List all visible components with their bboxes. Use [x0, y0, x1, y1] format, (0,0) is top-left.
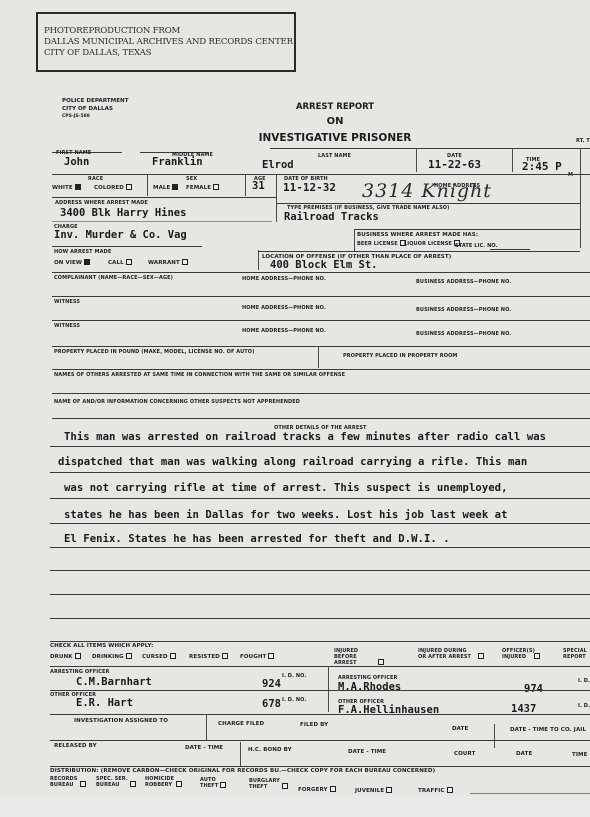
sex-label: SEX: [186, 176, 197, 182]
filed-date-label: DATE: [452, 726, 468, 732]
dist-traffic-checkbox[interactable]: [447, 787, 453, 793]
fought-option[interactable]: FOUGHT: [240, 653, 274, 660]
officers-injured-option[interactable]: OFFICER(S) INJURED: [502, 648, 540, 660]
thumb-label: RT. THUMB: [576, 138, 590, 144]
property-pound-label: PROPERTY PLACED IN POUND (MAKE, MODEL, L…: [54, 349, 255, 355]
dist-auto-theft-checkbox[interactable]: [220, 782, 226, 788]
arrest-address-label: ADDRESS WHERE ARREST MADE: [55, 200, 148, 206]
other-officer-1-id: 678: [262, 698, 281, 710]
location-value: 400 Block Elm St.: [270, 259, 377, 271]
dist-forgery-checkbox[interactable]: [330, 786, 336, 792]
race-label: RACE: [88, 176, 103, 182]
department-header: POLICE DEPARTMENT CITY OF DALLAS CPS-JS-…: [62, 98, 129, 121]
arresting-officer-2-id-label: I. D.: [578, 678, 590, 684]
narrative-line-3: was not carrying rifle at time of arrest…: [64, 482, 508, 494]
on-view-checkbox[interactable]: [84, 259, 90, 265]
beer-license-option[interactable]: BEER LICENSE: [357, 240, 406, 247]
complainant-home-label: HOME ADDRESS—PHONE NO.: [242, 276, 326, 282]
last-name-label: LAST NAME: [318, 153, 351, 159]
race-colored-option[interactable]: COLORED: [94, 184, 132, 191]
report-title: ARREST REPORT: [260, 102, 410, 112]
complainant-label: COMPLAINANT (NAME—RACE—SEX—AGE): [54, 275, 173, 281]
sex-male-checkbox[interactable]: [172, 184, 178, 190]
witness-1-home-label: HOME ADDRESS—PHONE NO.: [242, 305, 326, 311]
narrative-line-1: This man was arrested on railroad tracks…: [64, 431, 546, 443]
dist-records-option[interactable]: RECORDSBUREAU: [50, 776, 86, 788]
charge-filed-label: CHARGE FILED: [218, 721, 264, 727]
investigation-assigned-label: INVESTIGATION ASSIGNED TO: [74, 718, 168, 724]
check-items-label: CHECK ALL ITEMS WHICH APPLY:: [50, 643, 153, 649]
court-label: COURT: [454, 751, 475, 757]
narrative-line-5: El Fenix. States he has been arrested fo…: [64, 533, 450, 545]
last-name-value: Elrod: [262, 159, 294, 171]
drinking-checkbox[interactable]: [126, 653, 132, 659]
warrant-option[interactable]: WARRANT: [148, 259, 188, 266]
dob-value: 11-12-32: [283, 181, 336, 194]
bond-date-time-label: DATE - TIME: [348, 749, 386, 755]
dist-traffic-option[interactable]: TRAFFIC: [418, 787, 453, 794]
dist-records-text: RECORDSBUREAU: [50, 776, 78, 788]
stamp-line-1: PHOTOREPRODUCTION FROM: [44, 26, 294, 37]
report-title-on: ON: [260, 116, 410, 127]
resisted-checkbox[interactable]: [222, 653, 228, 659]
archive-stamp: PHOTOREPRODUCTION FROM DALLAS MUNICIPAL …: [36, 12, 296, 72]
call-checkbox[interactable]: [126, 259, 132, 265]
others-arrested-label: NAMES OF OTHERS ARRESTED AT SAME TIME IN…: [54, 372, 345, 378]
released-by-label: RELEASED BY: [54, 743, 97, 749]
dist-forgery-option[interactable]: FORGERY: [298, 786, 336, 793]
property-room-label: PROPERTY PLACED IN PROPERTY ROOM: [343, 353, 458, 359]
dist-records-checkbox[interactable]: [80, 781, 86, 787]
arresting-officer-1-name: C.M.Barnhart: [76, 676, 152, 688]
court-time-label: TIME: [572, 752, 587, 758]
drunk-checkbox[interactable]: [75, 653, 81, 659]
dist-burglary-option[interactable]: BURGLARYTHEFT: [249, 778, 288, 790]
other-suspects-label: NAME OF AND/OR INFORMATION CONCERNING OT…: [54, 399, 300, 405]
other-officer-1-id-label: I. D. NO.: [282, 697, 306, 703]
drinking-option[interactable]: DRINKING: [92, 653, 132, 660]
complainant-business-label: BUSINESS ADDRESS—PHONE NO.: [416, 279, 511, 285]
cursed-checkbox[interactable]: [170, 653, 176, 659]
stamp-line-3: CITY OF DALLAS, TEXAS: [44, 48, 294, 59]
arrest-time-value: 2:45 P: [522, 160, 562, 173]
dist-juvenile-option[interactable]: JUVENILE: [355, 787, 392, 794]
special-report-label: SPECIAL REPORT: [563, 648, 589, 660]
dist-burglary-checkbox[interactable]: [282, 783, 288, 789]
drunk-option[interactable]: DRUNK: [50, 653, 81, 660]
injured-before-checkbox[interactable]: [378, 659, 384, 665]
bond-by-label: H.C. BOND BY: [248, 747, 292, 753]
injured-before-option[interactable]: INJURED BEFORE ARREST: [334, 648, 384, 666]
sex-male-option[interactable]: MALE: [153, 184, 178, 191]
arrest-address-value: 3400 Blk Harry Hines: [60, 207, 186, 219]
dist-homicide-checkbox[interactable]: [176, 781, 182, 787]
arrest-date-value: 11-22-63: [428, 158, 481, 171]
dept-city: CITY OF DALLAS: [62, 106, 129, 114]
witness-2-home-label: HOME ADDRESS—PHONE NO.: [242, 328, 326, 334]
dist-spec-ser-checkbox[interactable]: [130, 781, 136, 787]
how-arrest-label: HOW ARREST MADE: [54, 249, 111, 255]
age-value: 31: [252, 180, 265, 192]
arresting-officer-1-id-label: I. D. NO.: [282, 673, 306, 679]
race-white-option[interactable]: WHITE: [52, 184, 81, 191]
released-date-time-label: DATE - TIME: [185, 745, 223, 751]
page-bottom-margin: [0, 796, 590, 817]
court-date-label: DATE: [516, 751, 532, 757]
first-name-value: John: [64, 156, 89, 168]
dept-name: POLICE DEPARTMENT: [62, 98, 129, 106]
sex-female-checkbox[interactable]: [213, 184, 219, 190]
arresting-officer-1-id: 924: [262, 678, 281, 690]
dist-juvenile-checkbox[interactable]: [386, 787, 392, 793]
arresting-officer-1-label: ARRESTING OFFICER: [50, 669, 109, 675]
charge-value: Inv. Murder & Co. Vag: [54, 229, 187, 241]
business-label: BUSINESS WHERE ARREST MADE HAS:: [357, 232, 478, 238]
injured-during-option[interactable]: INJURED DURING OR AFTER ARREST: [418, 648, 484, 660]
home-address-value: 3314 Knight: [362, 180, 492, 202]
officers-injured-checkbox[interactable]: [534, 653, 540, 659]
warrant-checkbox[interactable]: [182, 259, 188, 265]
arresting-officer-2-id: 974: [524, 683, 543, 695]
arrest-report-document: PHOTOREPRODUCTION FROM DALLAS MUNICIPAL …: [0, 0, 590, 817]
report-subtitle: INVESTIGATIVE PRISONER: [240, 132, 430, 144]
resisted-option[interactable]: RESISTED: [189, 653, 228, 660]
race-white-checkbox[interactable]: [75, 184, 81, 190]
distribution-label: DISTRIBUTION: (REMOVE CARBON—CHECK ORIGI…: [50, 768, 435, 774]
cursed-option[interactable]: CURSED: [142, 653, 176, 660]
witness-1-business-label: BUSINESS ADDRESS—PHONE NO.: [416, 307, 511, 313]
stamp-line-2: DALLAS MUNICIPAL ARCHIVES AND RECORDS CE…: [44, 37, 294, 48]
form-number: CPS-JS-588: [62, 113, 129, 121]
narrative-line-4: states he has been in Dallas for two wee…: [64, 509, 508, 521]
call-option[interactable]: CALL: [108, 259, 132, 266]
dist-spec-ser-option[interactable]: SPEC. SER.BUREAU: [96, 776, 136, 788]
race-colored-checkbox[interactable]: [126, 184, 132, 190]
fought-checkbox[interactable]: [268, 653, 274, 659]
witness-1-label: WITNESS: [54, 299, 80, 305]
dist-auto-theft-option[interactable]: AUTOTHEFT: [200, 777, 226, 789]
narrative-line-2: dispatched that man was walking along ra…: [58, 456, 527, 468]
other-officer-2-id-label: I. D.: [578, 703, 590, 709]
to-jail-label: DATE - TIME TO CO. JAIL: [510, 727, 586, 733]
middle-name-value: Franklin: [152, 156, 203, 168]
liquor-license-option[interactable]: LIQUOR LICENSE: [404, 240, 460, 247]
sex-female-option[interactable]: FEMALE: [186, 184, 219, 191]
other-officer-1-name: E.R. Hart: [76, 697, 133, 709]
witness-2-business-label: BUSINESS ADDRESS—PHONE NO.: [416, 331, 511, 337]
premises-value: Railroad Tracks: [284, 211, 379, 223]
on-view-option[interactable]: ON VIEW: [54, 259, 90, 266]
filed-by-label: FILED BY: [300, 722, 328, 728]
dist-homicide-option[interactable]: HOMICIDEROBBERY: [145, 776, 182, 788]
injured-during-checkbox[interactable]: [478, 653, 484, 659]
witness-2-label: WITNESS: [54, 323, 80, 329]
